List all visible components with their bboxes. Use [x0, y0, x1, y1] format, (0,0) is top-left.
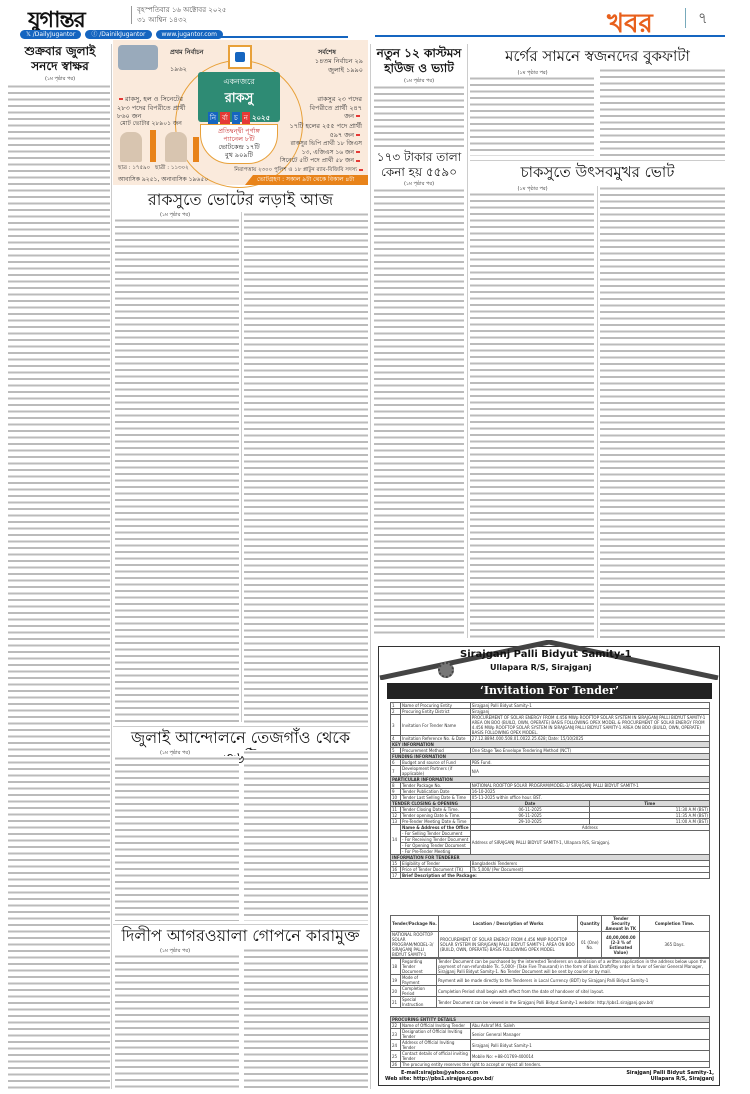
last-election-label: সর্বশেষ	[318, 48, 336, 57]
ballot-logo-icon	[228, 45, 252, 69]
tender-table: 1Name of Procuring EntitySirajganj Palli…	[390, 702, 710, 879]
headline-dilip[interactable]: দিলীপ আগরওয়ালা গোপনে কারামুক্ত	[113, 926, 368, 946]
first-election-year: ১৯৬২	[170, 65, 187, 74]
female-bar	[193, 137, 199, 162]
dateline: বৃহস্পতিবার ১৬ অক্টোবর ২০২৫ ৩১ আশ্বিন ১৪…	[137, 5, 226, 25]
tender-org-name: Sirajganj Palli Bidyut Samity-1	[460, 649, 632, 660]
headline-july-charter[interactable]: শুক্রবার জুলাই সনদে স্বাক্ষর	[10, 44, 110, 74]
tender-table-2: 18Regarding Tender DocumentTender Docume…	[390, 958, 710, 1008]
date-bangla: ৩১ আশ্বিন ১৪৩২	[137, 15, 226, 25]
male-voters: ছাত্র : ১৭৫৯০	[118, 164, 150, 173]
article-rule	[113, 726, 368, 727]
masthead: যুগান্তর বৃহস্পতিবার ১৬ অক্টোবর ২০২৫ ৩১ …	[0, 0, 750, 40]
table-row: 19Mode of PaymentPayment will be made di…	[391, 975, 710, 986]
ballot-title: রাকসু	[198, 89, 280, 110]
table-row: 21Special InstructionTender Document can…	[391, 997, 710, 1008]
article-rule	[470, 160, 725, 161]
first-election-label: প্রথম নির্বাচন	[170, 48, 210, 57]
divider	[685, 8, 686, 28]
article-body-raksu-col2	[244, 212, 368, 723]
section-title: খবর	[607, 3, 653, 47]
article-body-morgue-col2	[600, 68, 725, 156]
column-rule	[370, 44, 371, 1089]
article-body-customs	[374, 85, 464, 148]
fact-right: সিনেটে ৫টি পদে প্রার্থী ৫৮ জন	[270, 157, 362, 166]
table-row: 24Address of Official Inviting TenderSir…	[391, 1040, 710, 1051]
roof-decoration-icon	[378, 640, 720, 680]
panel-info: প্রতিদ্বন্দ্বী পূর্ণাঙ্গ প্যানেল ৮টি ভোট…	[200, 124, 278, 164]
continued-label: (১ম পৃষ্ঠার পর)	[10, 76, 110, 84]
article-body-chaksu-col1	[470, 192, 594, 638]
page-number: ৭	[698, 7, 708, 32]
column-rule	[467, 44, 468, 638]
tender-footer-org: Sirajganj Palli Bidyut Samity-1, Ullapar…	[622, 1070, 714, 1082]
fact-right: রাকসুর ভিপি প্রার্থী ১৮ জিএস ১৩, এজিএস ১…	[280, 140, 362, 157]
tender-banner: ‘Invitation For Tender’	[387, 683, 712, 699]
last-election-detail: ১৪তম নির্বাচন ২৯ জুলাই ১৯৯০	[308, 57, 363, 74]
article-body-morgue-col1	[470, 76, 594, 156]
tender-location: Ullapara R/S, Sirajganj	[490, 663, 591, 672]
article-rule	[113, 924, 368, 925]
headline-raksu-vote[interactable]: রাকসুতে ভোটের লড়াই আজ	[113, 190, 368, 210]
article-body-lock	[374, 188, 464, 638]
article-body-raksu-col1	[115, 218, 239, 723]
column-rule	[111, 44, 112, 1089]
fact-right: নিরাপত্তায় ২৩০০ পুলিশ ও ১৮ প্লাটুন র‍্য…	[205, 166, 365, 175]
table-row: NATIONAL ROOFTOP SOLAR PROGRAM/MODEL-3/ …	[391, 932, 710, 958]
table-row: 26The procuring entity reserves the righ…	[391, 1062, 710, 1068]
headline-customs[interactable]: নতুন ১২ কাস্টমস হাউজ ও ভ্যাট	[374, 46, 464, 76]
divider	[131, 6, 132, 24]
headline-morgue[interactable]: মর্গের সামনে স্বজনদের বুকফাটা	[470, 46, 725, 66]
table-row: 17Brief Description of the Package:	[391, 873, 710, 879]
male-student-icon	[120, 132, 142, 162]
tender-website[interactable]: Web site: http://pbs1.sirajganj.gov.bd/	[385, 1076, 493, 1082]
fact-right: রাকসুর ২৩ পদের বিপরীতে প্রার্থী ২৪৭ জন	[300, 95, 362, 121]
pbs-logo-icon	[438, 662, 454, 678]
election-tiles: নি র্বা চ ন ২০২৫	[198, 112, 280, 124]
social-facebook-link[interactable]: ⓕ /DainikJugantor	[85, 30, 151, 39]
article-body-july-charter	[8, 84, 110, 1089]
tender-footer-contact: E-mail:sirajpbs@yahoo.com Web site: http…	[385, 1070, 493, 1082]
column-rule	[241, 212, 242, 722]
x-icon: 𝕏	[26, 31, 33, 38]
protest-illustration-icon	[118, 45, 158, 70]
article-body-dilip-col2	[244, 948, 368, 1089]
article-body-chaksu-col2	[600, 186, 725, 638]
social-links: 𝕏 /DailyJugantor ⓕ /DainikJugantor www.j…	[20, 30, 223, 39]
female-voters: ছাত্রী : ১১৩০২	[155, 164, 189, 173]
article-body-dilip-col1	[115, 954, 239, 1089]
fact-left: রাকসু, হল ও সিনেটের ২৮৩ পদের বিপরীতে প্র…	[117, 95, 192, 121]
headline-lock[interactable]: ১৭৩ টাকার তালা কেনা হয় ৫৫৯০	[374, 150, 464, 180]
headline-chaksu[interactable]: চাকসুতে উৎসবমুখর ভোট	[470, 162, 725, 182]
package-table: Tender/Package No.Location / Description…	[390, 915, 710, 958]
table-row: 3Invitation For Tender NamePROCUREMENT O…	[391, 715, 710, 736]
male-bar	[150, 130, 156, 162]
table-row: 7Development Partners (if applicable)N/A	[391, 766, 710, 777]
fact-right: ১৭টি হলের ২৫৫ পদে প্রার্থী ৫৯৭ জন	[282, 122, 362, 139]
social-x-link[interactable]: 𝕏 /DailyJugantor	[20, 30, 81, 39]
ballot-label: একনজরে	[198, 76, 280, 89]
header-rule	[375, 35, 725, 37]
header-rule	[212, 36, 348, 38]
table-row: 25Contact details of official inviting T…	[391, 1051, 710, 1062]
table-header: Tender/Package No.Location / Description…	[391, 916, 710, 932]
article-body-july36-col2	[244, 750, 368, 921]
date-gregorian: বৃহস্পতিবার ১৬ অক্টোবর ২০২৫	[137, 5, 226, 15]
resident-voters: আবাসিক ৯২৫১, অনাবাসিক ১৯৬৫০	[118, 176, 208, 185]
vote-time-banner: ভোটগ্রহণ : সকাল ৯টা থেকে বিকাল ৪টা	[245, 175, 368, 185]
total-voters: মোট ভোটার ২৮৯০১ জন	[120, 120, 200, 129]
table-row: 18Regarding Tender DocumentTender Docume…	[391, 959, 710, 975]
article-body-july36-col1	[115, 756, 239, 921]
column-rule	[597, 186, 598, 638]
table-row: 20Completion PeriodCompletion Period sha…	[391, 986, 710, 997]
female-student-icon	[165, 132, 187, 162]
table-row: 23Designation of Official Inviting Tende…	[391, 1029, 710, 1040]
entity-table: PROCURING ENTITY DETAILS 22Name of Offic…	[390, 1016, 710, 1068]
ballot-box: একনজরে রাকসু নি র্বা চ ন ২০২৫	[198, 72, 280, 122]
